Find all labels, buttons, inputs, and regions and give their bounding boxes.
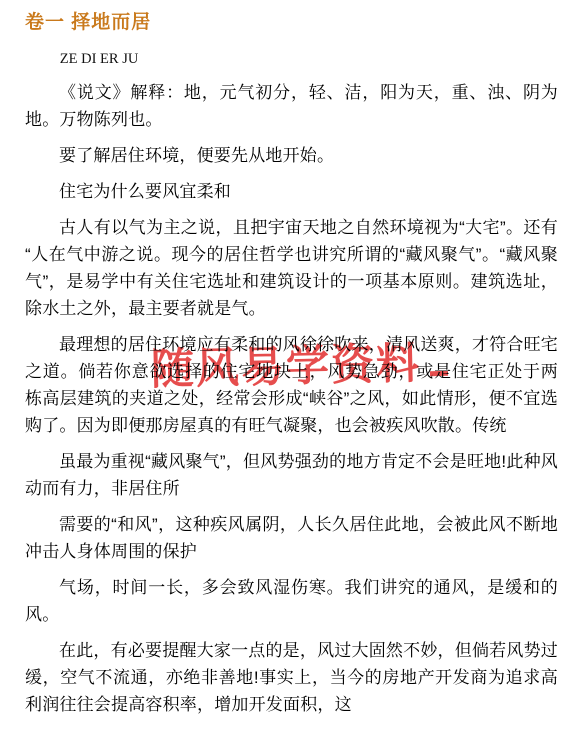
paragraph-hefeng: 需要的“和风”，这种疾风属阴，人长久居住此地，会被此风不断地冲击人身体周围的保护 bbox=[25, 511, 558, 565]
paragraph-cangfengjuqi: 虽最为重视“藏风聚气”，但风势强劲的地方肯定不会是旺地!此种风动而有力，非居住所 bbox=[25, 448, 558, 502]
pinyin-line: ZE DI ER JU bbox=[25, 49, 558, 69]
paragraph-section-question: 住宅为什么要风宜柔和 bbox=[25, 178, 558, 205]
paragraph-ideal-environment: 最理想的居住环境应有柔和的风徐徐吹来，清风送爽，才符合旺宅之道。倘若你意欲选择的… bbox=[25, 331, 558, 439]
document-page: { "page": { "title": "卷一 择地而居", "title_c… bbox=[0, 0, 583, 733]
page-title: 卷一 择地而居 bbox=[25, 12, 558, 34]
paragraph-reminder: 在此，有必要提醒大家一点的是，风过大固然不妙，但倘若风势过缓，空气不流通，亦绝非… bbox=[25, 637, 558, 718]
body-text: 《说文》解释：地，元气初分，轻、洁，阳为天，重、浊、阴为地。万物陈列也。 要了解… bbox=[25, 79, 558, 718]
paragraph-guren-qi: 古人有以气为主之说，且把宇宙天地之自然环境视为“大宅”。还有“人在气中游之说。现… bbox=[25, 214, 558, 322]
paragraph-shuowen: 《说文》解释：地，元气初分，轻、洁，阳为天，重、浊、阴为地。万物陈列也。 bbox=[25, 79, 558, 133]
page-container: 卷一 择地而居 ZE DI ER JU 《说文》解释：地，元气初分，轻、洁，阳为… bbox=[0, 0, 583, 718]
paragraph-qichang: 气场，时间一长，多会致风湿伤寒。我们讲究的通风，是缓和的风。 bbox=[25, 574, 558, 628]
paragraph-intro: 要了解居住环境，便要先从地开始。 bbox=[25, 142, 558, 169]
